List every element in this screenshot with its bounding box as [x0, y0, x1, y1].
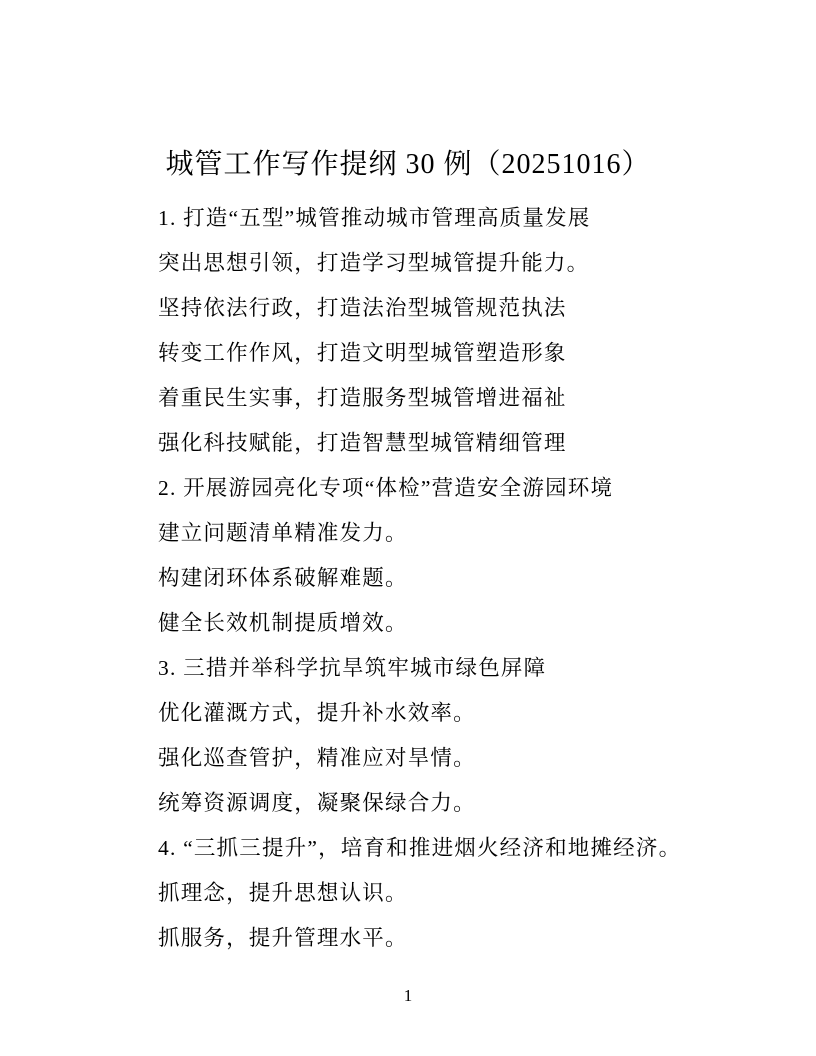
outline-line: 优化灌溉方式，提升补水效率。	[158, 691, 708, 736]
outline-line: 2. 开展游园亮化专项“体检”营造安全游园环境	[158, 466, 708, 511]
outline-line: 抓服务，提升管理水平。	[158, 916, 708, 961]
outline-line: 强化巡查管护，精准应对旱情。	[158, 736, 708, 781]
document-page: 城管工作写作提纲 30 例（20251016） 1. 打造“五型”城管推动城市管…	[0, 0, 816, 1056]
outline-line: 构建闭环体系破解难题。	[158, 556, 708, 601]
document-title: 城管工作写作提纲 30 例（20251016）	[0, 0, 816, 183]
outline-line: 1. 打造“五型”城管推动城市管理高质量发展	[158, 196, 708, 241]
document-body: 1. 打造“五型”城管推动城市管理高质量发展 突出思想引领，打造学习型城管提升能…	[158, 196, 708, 961]
outline-line: 强化科技赋能，打造智慧型城管精细管理	[158, 421, 708, 466]
outline-line: 坚持依法行政，打造法治型城管规范执法	[158, 286, 708, 331]
outline-line: 着重民生实事，打造服务型城管增进福祉	[158, 376, 708, 421]
outline-line: 统筹资源调度，凝聚保绿合力。	[158, 781, 708, 826]
outline-line: 转变工作作风，打造文明型城管塑造形象	[158, 331, 708, 376]
page-number: 1	[0, 986, 816, 1006]
outline-line: 建立问题清单精准发力。	[158, 511, 708, 556]
outline-line: 突出思想引领，打造学习型城管提升能力。	[158, 241, 708, 286]
outline-line: 3. 三措并举科学抗旱筑牢城市绿色屏障	[158, 646, 708, 691]
outline-line: 4. “三抓三提升”，培育和推进烟火经济和地摊经济。	[158, 826, 708, 871]
outline-line: 抓理念，提升思想认识。	[158, 871, 708, 916]
outline-line: 健全长效机制提质增效。	[158, 601, 708, 646]
